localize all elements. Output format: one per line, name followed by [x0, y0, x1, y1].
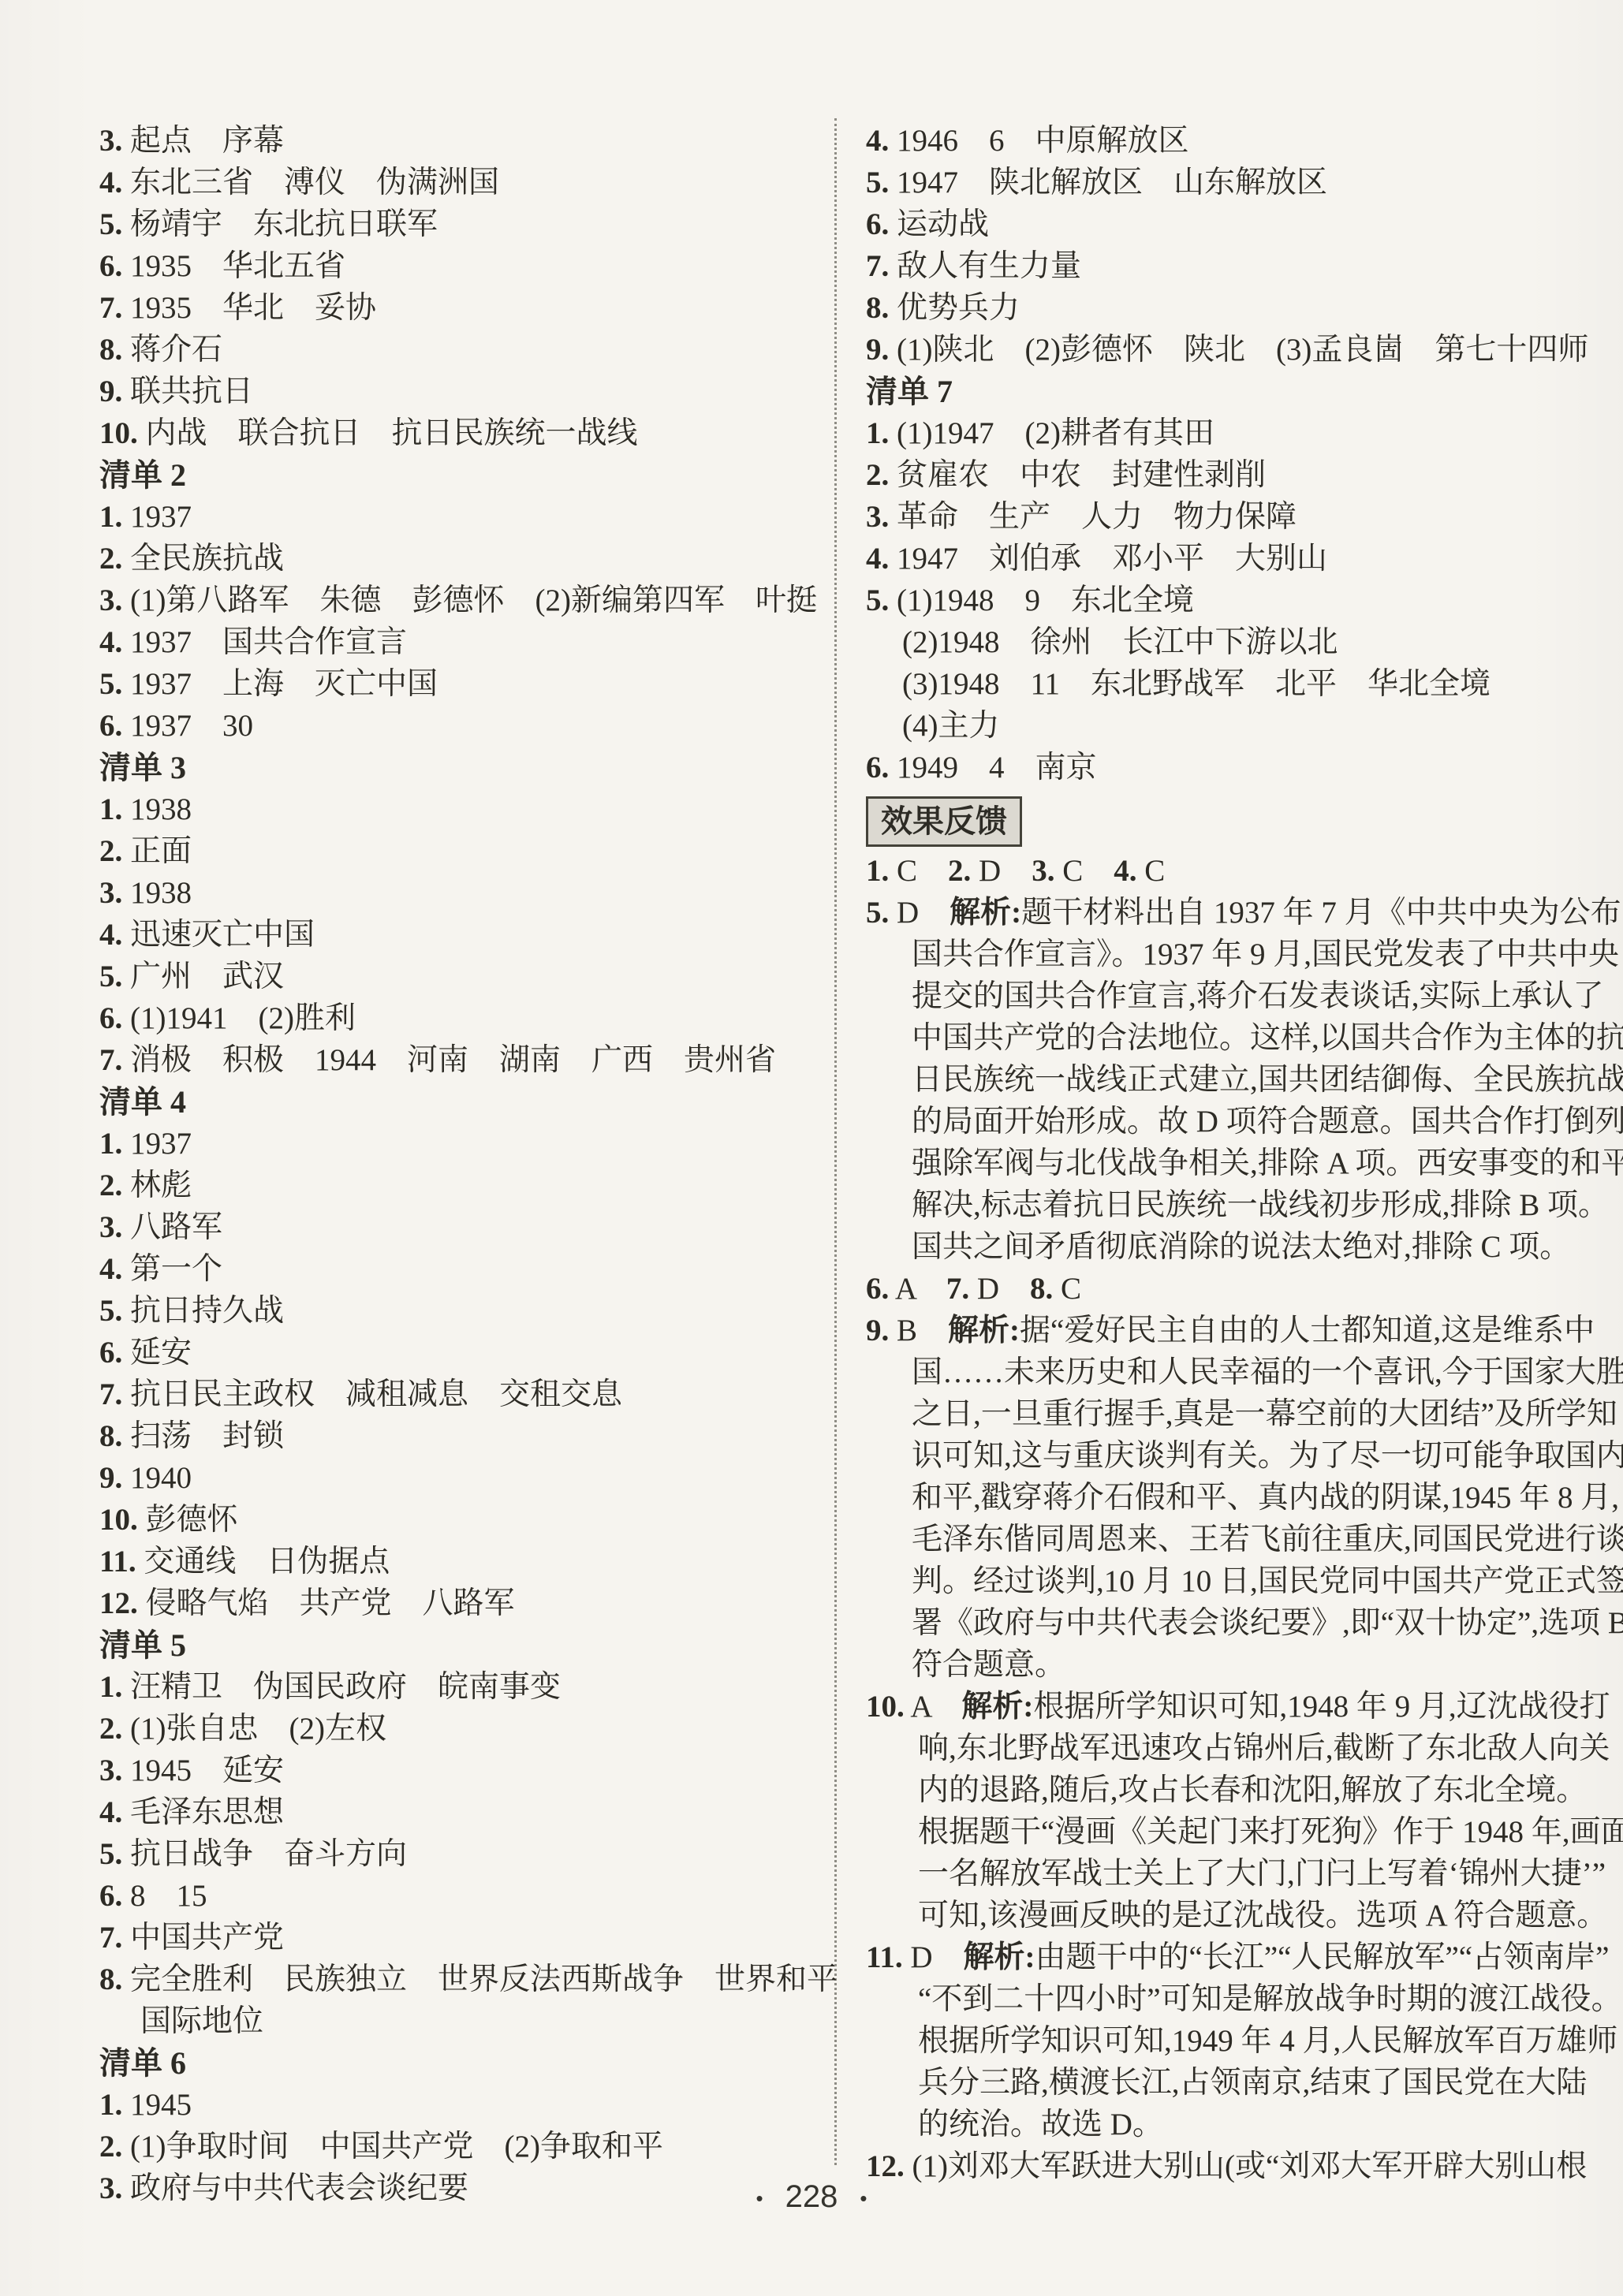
text-run: (3)1948 11 东北野战军 北平 华北全境 [902, 667, 1491, 701]
answer-continuation-line: 毛泽东偕同周恩来、王若飞前往重庆,同国民党进行谈 [866, 1519, 1607, 1560]
text-run: 革命 生产 人力 物力保障 [889, 500, 1297, 534]
answer-continuation-line: (2)1948 徐州 长江中下游以北 [866, 621, 1607, 663]
bold-text-run: 9. [99, 1461, 122, 1495]
bold-text-run: 6. [866, 751, 889, 785]
boxed-section-header: 效果反馈 [866, 788, 1607, 850]
bold-text-run: 解析: [948, 1314, 1020, 1347]
answer-continuation-line: 之日,一旦重行握手,真是一幕空前的大团结”及所学知 [866, 1393, 1607, 1435]
answer-line: 6. A 7. D 8. C [866, 1268, 1607, 1310]
answer-line: 2. (1)张自忠 (2)左权 [99, 1708, 825, 1750]
bold-text-run: 2. [99, 834, 122, 868]
bold-text-run: 3. [99, 1754, 122, 1787]
answer-line: 5. 1937 上海 灭亡中国 [99, 663, 825, 705]
answer-line: 10. 彭德怀 [99, 1499, 825, 1541]
answer-continuation-line: 的统治。故选 D。 [866, 2104, 1607, 2145]
text-run: 杨靖宇 东北抗日联军 [122, 207, 438, 241]
text-run: 迅速灭亡中国 [122, 918, 315, 952]
bold-text-run: 6. [866, 207, 889, 241]
answer-line: 2. 贫雇农 中农 封建性剥削 [866, 454, 1607, 496]
answer-line: 7. 抗日民主政权 减租减息 交租交息 [99, 1373, 825, 1415]
text-run: 第一个 [122, 1252, 222, 1286]
bold-text-run: 8. [1030, 1272, 1053, 1306]
bold-text-run: 8. [99, 1962, 122, 1996]
bold-text-run: 2. [99, 2130, 122, 2164]
text-run: A [905, 1690, 962, 1724]
text-run: D [903, 1940, 964, 1974]
bold-text-run: 2. [99, 1168, 122, 1202]
text-run: 1937 上海 灭亡中国 [122, 667, 438, 701]
text-run: (1)第八路军 朱德 彭德怀 (2)新编第四军 叶挺 [122, 583, 817, 617]
bold-text-run: 7. [866, 249, 889, 283]
text-run: 内的退路,随后,攻占长春和沈阳,解放了东北全境。 [918, 1773, 1587, 1807]
text-run: 运动战 [889, 207, 989, 241]
answer-line: 3. (1)第八路军 朱德 彭德怀 (2)新编第四军 叶挺 [99, 580, 825, 621]
text-run: 东北三省 溥仪 伪满洲国 [122, 166, 499, 199]
answer-continuation-line: 提交的国共合作宣言,蒋介石发表谈话,实际上承认了 [866, 975, 1607, 1017]
text-run: (4)主力 [902, 709, 999, 743]
bold-text-run: 10. [99, 416, 138, 450]
bold-text-run: 6. [99, 709, 122, 743]
text-run: 毛泽东思想 [122, 1795, 284, 1829]
answer-line: 1. 汪精卫 伪国民政府 皖南事变 [99, 1666, 825, 1708]
answer-line: 2. (1)争取时间 中国共产党 (2)争取和平 [99, 2126, 825, 2167]
answer-key-page: 3. 起点 序幕4. 东北三省 溥仪 伪满洲国5. 杨靖宇 东北抗日联军6. 1… [0, 0, 1623, 2296]
text-run: C [1136, 854, 1165, 888]
answer-line: 12. 侵略气焰 共产党 八路军 [99, 1582, 825, 1624]
answer-line: 11. 交通线 日伪据点 [99, 1541, 825, 1582]
text-run: 识可知,这与重庆谈判有关。为了尽一切可能争取国内 [912, 1439, 1623, 1473]
answer-line: 1. 1945 [99, 2084, 825, 2126]
section-header: 清单 4 [99, 1081, 825, 1123]
answer-line: 1. C 2. D 3. C 4. C [866, 850, 1607, 892]
answer-continuation-line: 中国共产党的合法地位。这样,以国共合作为主体的抗 [866, 1017, 1607, 1059]
answer-continuation-line: 识可知,这与重庆谈判有关。为了尽一切可能争取国内 [866, 1435, 1607, 1477]
text-run: 日民族统一战线正式建立,国共团结御侮、全民族抗战 [912, 1063, 1623, 1097]
answer-line: 9. 联共抗日 [99, 371, 825, 412]
bold-text-run: 7. [99, 1043, 122, 1077]
answer-line: 8. 优势兵力 [866, 287, 1607, 329]
bold-text-run: 12. [866, 2149, 905, 2183]
answer-line: 7. 1935 华北 妥协 [99, 287, 825, 329]
text-run: 汪精卫 伪国民政府 皖南事变 [122, 1670, 561, 1704]
answer-line: 5. (1)1948 9 东北全境 [866, 580, 1607, 621]
left-column: 3. 起点 序幕4. 东北三省 溥仪 伪满洲国5. 杨靖宇 东北抗日联军6. 1… [99, 120, 825, 2209]
answer-line: 1. 1937 [99, 1123, 825, 1165]
section-header: 清单 7 [866, 371, 1607, 412]
answer-line: 5. D 解析:题干材料出自 1937 年 7 月《中共中央为公布 [866, 892, 1607, 934]
text-run: 蒋介石 [122, 333, 222, 367]
text-run: 1946 6 中原解放区 [889, 124, 1188, 158]
answer-line: 7. 消极 积极 1944 河南 湖南 广西 贵州省 [99, 1039, 825, 1081]
text-run: B [889, 1314, 948, 1347]
boxed-header-frame: 效果反馈 [866, 796, 1022, 847]
text-run: 完全胜利 民族独立 世界反法西斯战争 世界和平 [122, 1962, 838, 1996]
text-run: 符合题意。 [912, 1648, 1065, 1682]
bold-text-run: 4. [99, 1795, 122, 1829]
bold-text-run: 6. [99, 1879, 122, 1913]
answer-continuation-line: “不到二十四小时”可知是解放战争时期的渡江战役。 [866, 1978, 1607, 2020]
answer-line: 6. 1937 30 [99, 705, 825, 747]
footer-dot-right: • [860, 2186, 867, 2210]
answer-line: 4. 第一个 [99, 1248, 825, 1290]
text-run: 题干材料出自 1937 年 7 月《中共中央为公布 [1021, 896, 1621, 930]
answer-line: 6. 1949 4 南京 [866, 747, 1607, 788]
answer-line: 7. 中国共产党 [99, 1917, 825, 1959]
text-run: (1)争取时间 中国共产党 (2)争取和平 [122, 2130, 663, 2164]
bold-text-run: 11. [866, 1940, 903, 1974]
text-run: 1945 [122, 2088, 192, 2122]
bold-text-run: 5. [866, 896, 889, 930]
answer-continuation-line: 署《政府与中共代表会谈纪要》,即“双十协定”,选项 B [866, 1602, 1607, 1644]
text-run: 全民族抗战 [122, 542, 284, 576]
answer-continuation-line: 根据题干“漫画《关起门来打死狗》作于 1948 年,画面中 [866, 1811, 1607, 1853]
text-run: 消极 积极 1944 河南 湖南 广西 贵州省 [122, 1043, 776, 1077]
bold-text-run: 2. [99, 542, 122, 576]
answer-line: 6. 运动战 [866, 203, 1607, 245]
text-run: 提交的国共合作宣言,蒋介石发表谈话,实际上承认了 [912, 979, 1604, 1013]
text-run: 中国共产党 [122, 1921, 284, 1955]
text-run: “不到二十四小时”可知是解放战争时期的渡江战役。 [918, 1982, 1622, 2016]
answer-line: 2. 林彪 [99, 1165, 825, 1206]
bold-text-run: 解析: [964, 1940, 1035, 1974]
answer-continuation-line: 解决,标志着抗日民族统一战线初步形成,排除 B 项。 [866, 1184, 1607, 1226]
text-run: (1)刘邓大军跃进大别山(或“刘邓大军开辟大别山根 [905, 2149, 1588, 2183]
text-run: 毛泽东偕同周恩来、王若飞前往重庆,同国民党进行谈 [912, 1523, 1623, 1556]
bold-text-run: 3. [1032, 854, 1054, 888]
text-run: D [971, 854, 1032, 888]
text-run: 1940 [122, 1461, 192, 1495]
text-run: 国共合作宣言》。1937 年 9 月,国民党发表了中共中央 [912, 937, 1619, 971]
bold-text-run: 6. [99, 249, 122, 283]
answer-continuation-line: 国共合作宣言》。1937 年 9 月,国民党发表了中共中央 [866, 934, 1607, 975]
answer-line: 2. 正面 [99, 830, 825, 872]
bold-text-run: 8. [99, 1419, 122, 1453]
answer-continuation-line: 响,东北野战军迅速攻占锦州后,截断了东北敌人向关 [866, 1728, 1607, 1769]
answer-continuation-line: 国共之间矛盾彻底消除的说法太绝对,排除 C 项。 [866, 1226, 1607, 1268]
text-run: 内战 联合抗日 抗日民族统一战线 [138, 416, 638, 450]
bold-text-run: 5. [99, 1837, 122, 1871]
text-run: 1937 [122, 1127, 192, 1161]
bold-text-run: 清单 5 [99, 1627, 186, 1663]
bold-text-run: 7. [946, 1272, 969, 1306]
text-run: 根据所学知识可知,1949 年 4 月,人民解放军百万雄师 [918, 2024, 1617, 2058]
text-run: 判。经过谈判,10 月 10 日,国民党同中国共产党正式签 [912, 1564, 1623, 1598]
text-run: 据“爱好民主自由的人士都知道,这是维系中 [1020, 1314, 1595, 1347]
answer-line: 9. 1940 [99, 1457, 825, 1499]
text-run: 林彪 [122, 1168, 192, 1202]
bold-text-run: 5. [99, 960, 122, 993]
text-run: 的局面开始形成。故 D 项符合题意。国共合作打倒列 [912, 1105, 1623, 1139]
text-run: 国……未来历史和人民幸福的一个喜讯,今于国家大胜 [912, 1355, 1623, 1389]
text-run: 1937 国共合作宣言 [122, 625, 407, 659]
answer-continuation-line: 和平,戳穿蒋介石假和平、真内战的阴谋,1945 年 8 月, [866, 1477, 1607, 1519]
text-run: 1938 [122, 876, 192, 910]
bold-text-run: 8. [866, 291, 889, 325]
bold-text-run: 5. [866, 583, 889, 617]
text-run: (1)1941 (2)胜利 [122, 1001, 356, 1035]
answer-line: 6. (1)1941 (2)胜利 [99, 997, 825, 1039]
bold-text-run: 12. [99, 1586, 138, 1620]
answer-continuation-line: 国……未来历史和人民幸福的一个喜讯,今于国家大胜 [866, 1351, 1607, 1393]
column-divider-line [834, 118, 837, 2165]
text-run: 响,东北野战军迅速攻占锦州后,截断了东北敌人向关 [918, 1731, 1610, 1765]
text-run: A [889, 1272, 946, 1306]
text-run: 的统治。故选 D。 [918, 2108, 1163, 2141]
answer-continuation-line: 可知,该漫画反映的是辽沈战役。选项 A 符合题意。 [866, 1895, 1607, 1936]
answer-line: 8. 扫荡 封锁 [99, 1415, 825, 1457]
bold-text-run: 3. [99, 583, 122, 617]
text-run: C [889, 854, 948, 888]
text-run: 广州 武汉 [122, 960, 284, 993]
text-run: 1947 陕北解放区 山东解放区 [889, 166, 1327, 199]
answer-continuation-line: 一名解放军战士关上了大门,门闩上写着‘锦州大捷’” [866, 1853, 1607, 1895]
bold-text-run: 4. [866, 124, 889, 158]
bold-text-run: 4. [1114, 854, 1136, 888]
answer-line: 5. 抗日持久战 [99, 1290, 825, 1332]
text-run: 根据所学知识可知,1948 年 9 月,辽沈战役打 [1033, 1690, 1610, 1724]
bold-text-run: 4. [866, 542, 889, 576]
answer-continuation-line: 根据所学知识可知,1949 年 4 月,人民解放军百万雄师 [866, 2020, 1607, 2062]
bold-text-run: 2. [866, 458, 889, 492]
answer-continuation-line: (3)1948 11 东北野战军 北平 华北全境 [866, 663, 1607, 705]
answer-line: 4. 1947 刘伯承 邓小平 大别山 [866, 538, 1607, 580]
answer-continuation-line: 国际地位 [99, 2000, 825, 2042]
bold-text-run: 清单 7 [866, 374, 953, 409]
text-run: 1935 华北五省 [122, 249, 345, 283]
bold-text-run: 6. [866, 1272, 889, 1306]
bold-text-run: 3. [99, 1210, 122, 1244]
bold-text-run: 清单 4 [99, 1084, 186, 1120]
text-run: 抗日持久战 [122, 1294, 284, 1328]
bold-text-run: 解析: [950, 896, 1021, 930]
answer-line: 1. 1937 [99, 496, 825, 538]
bold-text-run: 2. [99, 1712, 122, 1746]
bold-text-run: 解析: [961, 1690, 1033, 1724]
bold-text-run: 效果反馈 [881, 803, 1007, 839]
answer-line: 3. 1938 [99, 872, 825, 914]
bold-text-run: 3. [99, 124, 122, 158]
text-run: (2)1948 徐州 长江中下游以北 [902, 625, 1338, 659]
text-run: 解决,标志着抗日民族统一战线初步形成,排除 B 项。 [912, 1188, 1609, 1222]
bold-text-run: 1. [99, 1670, 122, 1704]
text-run: 优势兵力 [889, 291, 1020, 325]
text-run: 8 15 [122, 1879, 207, 1913]
bold-text-run: 7. [99, 1921, 122, 1955]
answer-line: 5. 抗日战争 奋斗方向 [99, 1833, 825, 1875]
section-header: 清单 6 [99, 2042, 825, 2084]
answer-line: 4. 1946 6 中原解放区 [866, 120, 1607, 162]
text-run: 联共抗日 [122, 375, 253, 408]
bold-text-run: 2. [948, 854, 971, 888]
text-run: 国际地位 [140, 2004, 263, 2038]
text-run: 署《政府与中共代表会谈纪要》,即“双十协定”,选项 B [912, 1606, 1623, 1640]
answer-line: 8. 蒋介石 [99, 329, 825, 371]
bold-text-run: 7. [99, 1377, 122, 1411]
answer-line: 8. 完全胜利 民族独立 世界反法西斯战争 世界和平 [99, 1959, 825, 2000]
text-run: 抗日民主政权 减租减息 交租交息 [122, 1377, 622, 1411]
text-run: 延安 [122, 1336, 192, 1370]
bold-text-run: 7. [99, 291, 122, 325]
text-run: (1)1948 9 东北全境 [889, 583, 1194, 617]
bold-text-run: 3. [866, 500, 889, 534]
answer-continuation-line: 内的退路,随后,攻占长春和沈阳,解放了东北全境。 [866, 1769, 1607, 1811]
bold-text-run: 4. [99, 625, 122, 659]
answer-line: 4. 迅速灭亡中国 [99, 914, 825, 956]
bold-text-run: 5. [99, 667, 122, 701]
text-run: D [889, 896, 950, 930]
bold-text-run: 6. [99, 1001, 122, 1035]
bold-text-run: 10. [99, 1503, 138, 1537]
text-run: 1949 4 南京 [889, 751, 1096, 785]
bold-text-run: 4. [99, 1252, 122, 1286]
bold-text-run: 4. [99, 166, 122, 199]
answer-line: 4. 1937 国共合作宣言 [99, 621, 825, 663]
bold-text-run: 1. [99, 2088, 122, 2122]
text-run: (1)陕北 (2)彭德怀 陕北 (3)孟良崮 第七十四师 [889, 333, 1588, 367]
text-run: 由题干中的“长江”“人民解放军”“占领南岸” [1035, 1940, 1610, 1974]
answer-line: 1. (1)1947 (2)耕者有其田 [866, 412, 1607, 454]
answer-line: 3. 1945 延安 [99, 1750, 825, 1791]
text-run: 彭德怀 [138, 1503, 238, 1537]
answer-line: 3. 起点 序幕 [99, 120, 825, 162]
right-column: 4. 1946 6 中原解放区5. 1947 陕北解放区 山东解放区6. 运动战… [866, 120, 1607, 2187]
answer-line: 10. A 解析:根据所学知识可知,1948 年 9 月,辽沈战役打 [866, 1686, 1607, 1728]
text-run: 国共之间矛盾彻底消除的说法太绝对,排除 C 项。 [912, 1230, 1570, 1264]
text-run: 根据题干“漫画《关起门来打死狗》作于 1948 年,画面中 [918, 1815, 1623, 1849]
bold-text-run: 11. [99, 1545, 136, 1578]
text-run: 起点 序幕 [122, 124, 284, 158]
bold-text-run: 1. [99, 500, 122, 534]
answer-line: 5. 杨靖宇 东北抗日联军 [99, 203, 825, 245]
answer-continuation-line: (4)主力 [866, 705, 1607, 747]
bold-text-run: 3. [99, 876, 122, 910]
bold-text-run: 清单 2 [99, 457, 186, 493]
answer-line: 3. 八路军 [99, 1206, 825, 1248]
text-run: 1947 刘伯承 邓小平 大别山 [889, 542, 1327, 576]
answer-line: 5. 广州 武汉 [99, 956, 825, 997]
text-run: 正面 [122, 834, 192, 868]
bold-text-run: 8. [99, 333, 122, 367]
text-run: 贫雇农 中农 封建性剥削 [889, 458, 1266, 492]
text-run: 1937 30 [122, 709, 253, 743]
text-run: 强除军阀与北伐战争相关,排除 A 项。西安事变的和平 [912, 1146, 1623, 1180]
bold-text-run: 6. [99, 1336, 122, 1370]
answer-continuation-line: 判。经过谈判,10 月 10 日,国民党同中国共产党正式签 [866, 1560, 1607, 1602]
text-run: 敌人有生力量 [889, 249, 1081, 283]
bold-text-run: 1. [866, 854, 889, 888]
bold-text-run: 9. [866, 1314, 889, 1347]
bold-text-run: 4. [99, 918, 122, 952]
answer-line: 3. 革命 生产 人力 物力保障 [866, 496, 1607, 538]
page-number: 228 [785, 2179, 838, 2214]
answer-continuation-line: 日民族统一战线正式建立,国共团结御侮、全民族抗战 [866, 1059, 1607, 1101]
text-run: C [1053, 1272, 1081, 1306]
section-header: 清单 2 [99, 454, 825, 496]
footer-dot-left: • [756, 2186, 763, 2210]
bold-text-run: 清单 6 [99, 2045, 186, 2081]
answer-line: 7. 敌人有生力量 [866, 245, 1607, 287]
text-run: D [969, 1272, 1030, 1306]
section-header: 清单 3 [99, 747, 825, 788]
answer-continuation-line: 兵分三路,横渡长江,占领南京,结束了国民党在大陆 [866, 2062, 1607, 2104]
text-run: 和平,戳穿蒋介石假和平、真内战的阴谋,1945 年 8 月, [912, 1481, 1619, 1515]
answer-line: 6. 1935 华北五省 [99, 245, 825, 287]
text-run: 一名解放军战士关上了大门,门闩上写着‘锦州大捷’” [918, 1857, 1606, 1891]
text-run: (1)1947 (2)耕者有其田 [889, 416, 1214, 450]
text-run: (1)张自忠 (2)左权 [122, 1712, 386, 1746]
answer-line: 4. 毛泽东思想 [99, 1791, 825, 1833]
section-header: 清单 5 [99, 1624, 825, 1666]
answer-line: 5. 1947 陕北解放区 山东解放区 [866, 162, 1607, 203]
bold-text-run: 清单 3 [99, 750, 186, 785]
bold-text-run: 9. [99, 375, 122, 408]
bold-text-run: 5. [99, 1294, 122, 1328]
answer-line: 11. D 解析:由题干中的“长江”“人民解放军”“占领南岸” [866, 1936, 1607, 1978]
bold-text-run: 9. [866, 333, 889, 367]
text-run: 1938 [122, 792, 192, 826]
text-run: 1935 华北 妥协 [122, 291, 376, 325]
page-footer: •228• [0, 2179, 1623, 2215]
bold-text-run: 5. [866, 166, 889, 199]
text-run: 中国共产党的合法地位。这样,以国共合作为主体的抗 [912, 1021, 1623, 1055]
answer-line: 6. 延安 [99, 1332, 825, 1373]
bold-text-run: 1. [99, 1127, 122, 1161]
text-run: 兵分三路,横渡长江,占领南京,结束了国民党在大陆 [918, 2066, 1587, 2100]
bold-text-run: 5. [99, 207, 122, 241]
answer-continuation-line: 强除军阀与北伐战争相关,排除 A 项。西安事变的和平 [866, 1142, 1607, 1184]
text-run: C [1054, 854, 1114, 888]
answer-line: 4. 东北三省 溥仪 伪满洲国 [99, 162, 825, 203]
answer-continuation-line: 符合题意。 [866, 1644, 1607, 1686]
text-run: 扫荡 封锁 [122, 1419, 284, 1453]
answer-line: 9. B 解析:据“爱好民主自由的人士都知道,这是维系中 [866, 1310, 1607, 1351]
answer-line: 2. 全民族抗战 [99, 538, 825, 580]
answer-line: 6. 8 15 [99, 1875, 825, 1917]
text-run: 八路军 [122, 1210, 222, 1244]
answer-line: 9. (1)陕北 (2)彭德怀 陕北 (3)孟良崮 第七十四师 [866, 329, 1607, 371]
answer-line: 1. 1938 [99, 788, 825, 830]
text-run: 之日,一旦重行握手,真是一幕空前的大团结”及所学知 [912, 1397, 1617, 1431]
bold-text-run: 10. [866, 1690, 905, 1724]
text-run: 可知,该漫画反映的是辽沈战役。选项 A 符合题意。 [918, 1899, 1607, 1933]
bold-text-run: 1. [99, 792, 122, 826]
text-run: 侵略气焰 共产党 八路军 [138, 1586, 515, 1620]
answer-line: 10. 内战 联合抗日 抗日民族统一战线 [99, 412, 825, 454]
text-run: 交通线 日伪据点 [136, 1545, 390, 1578]
bold-text-run: 1. [866, 416, 889, 450]
text-run: 1937 [122, 500, 192, 534]
answer-continuation-line: 的局面开始形成。故 D 项符合题意。国共合作打倒列 [866, 1101, 1607, 1142]
text-run: 1945 延安 [122, 1754, 284, 1787]
text-run: 抗日战争 奋斗方向 [122, 1837, 407, 1871]
